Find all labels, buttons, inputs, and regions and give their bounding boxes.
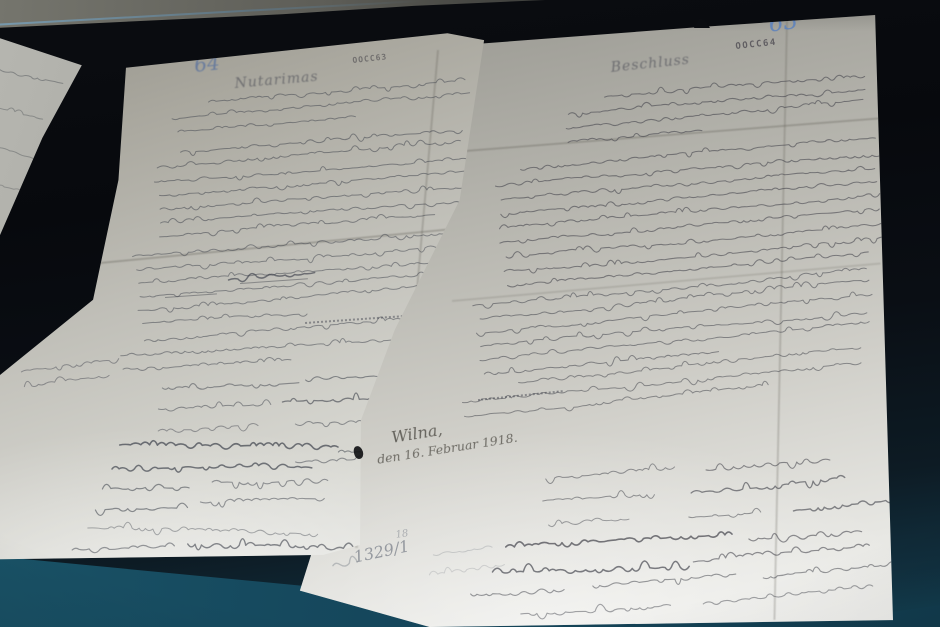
- paper-tear-notch: [694, 18, 710, 28]
- page-number: 63: [767, 8, 800, 38]
- archive-stamp: OOCC64: [735, 38, 777, 52]
- page-number: 64: [193, 50, 221, 77]
- pencil-inventory-note: 1329/1: [352, 536, 411, 566]
- document-title: Beschluss: [610, 52, 691, 76]
- pencil-small-note: 18: [395, 528, 409, 541]
- archive-stamp: OOCC63: [352, 52, 388, 65]
- museum-display-photo: 63 OOCC64 Beschluss Wilna, den 16. Febru…: [0, 0, 940, 627]
